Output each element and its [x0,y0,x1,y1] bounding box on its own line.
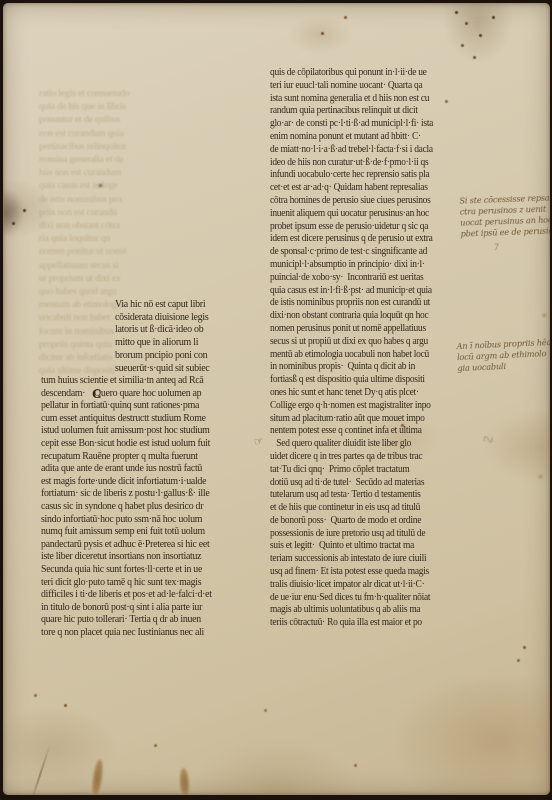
crease-line [29,744,51,795]
text-line: puincial·de xobo·sy· Incontrariū est uer… [270,272,441,285]
text-line: ones hic sunt et hanc tenet Dy·q atis pl… [270,387,441,400]
marginal-note-represalias: Si ste cōcessisse repsaliasctra perusino… [459,192,550,239]
text-line: fortiasß q est dispositio quia ultime di… [270,374,441,387]
text-line: istud uolumen fuit amissum·post hoc stud… [41,425,235,438]
text-line: teri iur euucl·tali nomine uocant· Quart… [270,80,441,93]
text-line: casus sic in syndone q habet plus desiri… [41,501,235,514]
pen-squiggle-icon: ⁊ [493,241,498,252]
text-line: adita que ante de erant unde ius nostrū … [41,463,235,476]
text-line: randum quia pertinacibus relinquit ut di… [270,105,441,118]
text-line: tat·Tu dici qnq· Primo cōplet tractatum [270,464,441,477]
text-line: sueuerūt·s·quid sit subiec [115,363,248,376]
text-line: nomen perusinus ponit ut nomē appellatiu… [270,323,441,336]
text-line: nomen ponitur ut nomē [39,245,251,258]
manicule-icon: ☞ [253,434,265,448]
text-line: teriis cōtractuū· Ro quia illa est maior… [270,617,441,630]
text-line: ista sunt nomina generalia et d hiis non… [270,93,441,106]
stain [3,191,23,235]
text-line: cōsiderata diuisione legis [115,312,248,325]
text-line: dotiū usq ad ti·de tutel· Secūdo ad mate… [270,477,441,490]
text-line: Sed quero qualiter diuidit iste liber gl… [270,438,441,451]
text-line: de bonorū poss· Quarto de modo et ordine [270,515,441,528]
text-line: est magis forte·unde dicit infortiatum·i… [41,476,235,489]
text-line: ria quia loquitur qn [39,232,251,245]
text-line: de sponsal·c·primo de test·c singnifican… [270,246,441,259]
capitulum-mark: C [92,386,101,402]
text-line: cepit esse Bon·sicut hodie est istud uol… [41,438,235,451]
text-line: difficiles i ti·de liberis et pos·et ad·… [41,589,235,602]
text-line: glo·ar· de consti pc·l·ti·ß·ad municipl·… [270,118,441,131]
text-line: mitto que in aliorum li [115,337,248,350]
text-line: tore q non placet quia nec Iustinianus n… [41,627,235,640]
text-line: pbet ipsū ee de perusio [460,225,550,239]
text-line: Secunda quia hic sunt fortes·ll·certe et… [41,564,235,577]
text-line: pertinacibus relinquitur [39,140,251,153]
text-line: inuenit aliquem qui uocatur perusinus·an… [270,208,441,221]
text-line: cet·et est ar·ad·q· Quidam habent repres… [270,182,441,195]
text-line: brorum pncipio poni con [115,350,248,363]
text-line: tum huius scientie et similia·tn anteq a… [41,375,235,388]
left-column-opening: Via hic nō est caput libricōsiderata diu… [115,299,255,375]
marginal-note-ethimologia: An ī noībus propriis hēatlocū argm ab et… [456,337,550,374]
text-line: dixi·non obstant contraria quia loquūt q… [270,310,441,323]
text-line: mentū ab etimologia uocabuli non habet l… [270,349,441,362]
left-column: tum huius scientie et similia·tn anteq a… [41,375,247,639]
text-line: de istis nominibus propriis non est cura… [270,297,441,310]
text-line: pandectarū pysis et adhuc ē·Preterea si … [41,539,235,552]
text-line: quia casus est in·l·fi·ß·pst· ad municip… [270,285,441,298]
text-line: quo habes quod argu [39,285,251,298]
text-line: idem est dicere perusinus q de perusio u… [270,233,441,246]
text-line: teriam successionis ab intestato de iure… [270,553,441,566]
text-line: usq ad finem· Et ista potest esse queda … [270,566,441,579]
text-line: Collige ergo q·h·nomen est magistraliter… [270,400,441,413]
text-line: in titulo de bonorū post·q sint i alia p… [41,602,235,615]
text-line: fortiatum· sic de liberis z postu·l·gall… [41,488,235,501]
text-line: sindo infortiatū·hoc puto ssm·nā hoc uol… [41,514,235,527]
text-line: dixi non obstant cōtra [39,219,251,232]
stain [90,759,104,795]
text-line: nomina generalia et de [39,153,251,166]
text-line: secus si ut propiū ut dixi ex quo habes … [270,336,441,349]
text-line: probet ipsum esse de perusio·uidetur q s… [270,221,441,234]
text-line: ratio legis et consuetudo [39,87,251,100]
text-line: cōtra homines de perusio siue ciues peru… [270,195,441,208]
text-line: ideo de hiis non curatur·ut·ß·de·f·pmo·l… [270,157,441,170]
photo-background: ratio legis et consuetudoquia de his que… [0,0,552,800]
text-line: quia de his que in libris [39,100,251,113]
pen-flourish-icon: ∿ [479,429,497,451]
text-line: et de hiis que continetur in eis usq ad … [270,502,441,515]
text-line: possessionis de iure pretorio usq ad tit… [270,528,441,541]
text-line: descendam· Quero quare hoc uolumen ap [41,388,235,401]
text-line: de ue·iur enu·Sed dices tu fm·h·qualiter… [270,592,441,605]
text-line: situm ad placitum·ratio aūt que mouet im… [270,413,441,426]
text-line: tralis diuisio·licet impator alr dicat u… [270,579,441,592]
text-line: quia casus est in lege [39,179,251,192]
text-line: in nominibus propis· Quinta q dicit ab i… [270,361,441,374]
right-column: quis de cōpilatoribus qui ponunt in·l·ii… [270,67,460,630]
text-line: appellatiuum secus si [39,259,251,272]
text-line: priis non est curandū [39,206,251,219]
text-line: latoris ut ß·dicā·ideo ob [115,324,248,337]
text-line: numq fuit amissum semp eni fuit totū uol… [41,526,235,539]
text-line: quis de cōpilatoribus qui ponunt in·l·ii… [270,67,441,80]
text-line: nentem potest esse q continet infa et ul… [270,425,441,438]
text-line: de istis nominibus pro [39,193,251,206]
text-line: magis ab ultimis uoluntatibus q ab aliis… [270,604,441,617]
book-page: ratio legis et consuetudoquia de his que… [3,3,550,795]
text-line: ut proprium ut dixi ex [39,272,251,285]
text-line: iste liber diceretut insortians non inso… [41,551,235,564]
text-line: recupatum Rauēne propter q multa fuerunt [41,451,235,464]
text-line: hiis non est curandum [39,166,251,179]
text-line: tutelarum usq ad testa· Tertio d testame… [270,489,441,502]
text-line: de miatt·no·l·i·a·ß·ad trebel·l·facta·f·… [270,144,441,157]
text-line: non est curandum quia [39,127,251,140]
text-line: pellatur in fortiatū·quinq sunt rationes… [41,400,235,413]
text-line: cum esset antiquitus destructt studium R… [41,413,235,426]
stain [3,3,6,6]
text-line: infundi uocabulo·certe hec reprensio sat… [270,169,441,182]
text-line: uidet dicere q in tres partes qa de trib… [270,451,441,464]
text-line: Via hic nō est caput libri [115,299,248,312]
text-line: municipl·l·absumptio in principio· dixi … [270,259,441,272]
text-line: ponuntur et de quibus [39,113,251,126]
text-line: teri dicit glo·puto tamē q hic sunt tex·… [41,577,235,590]
text-line: quare hic puto tollerari· Tertia q dr ab… [41,614,235,627]
stain [443,3,513,63]
text-line: suis et legitt· Quinto et ultimo tractat… [270,540,441,553]
text-line: enim nomina ponunt et mutant ad hbitt· C… [270,131,441,144]
stain [179,768,190,795]
